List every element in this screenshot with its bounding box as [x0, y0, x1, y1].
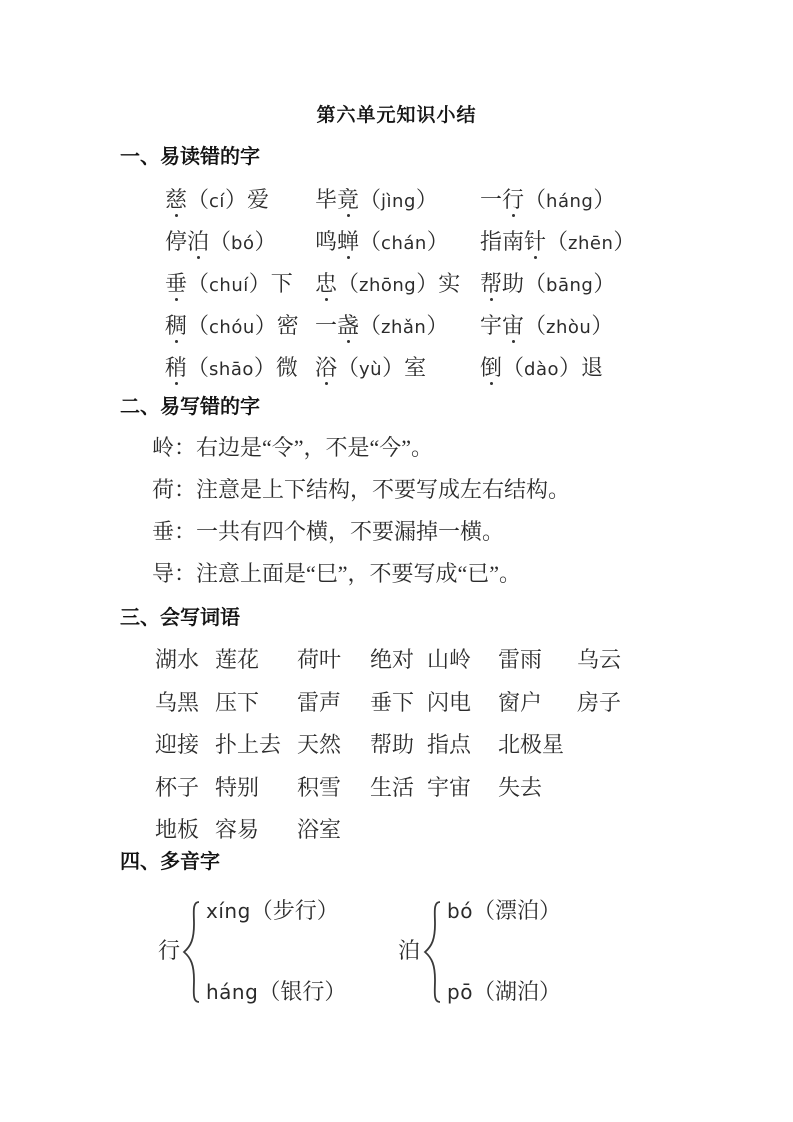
- word-cell: 垂下: [370, 682, 427, 725]
- left-paren: （: [502, 355, 524, 380]
- entry-pinyin: dào: [524, 359, 559, 380]
- word-cell: 山岭: [427, 639, 498, 682]
- word-cell: 乌黑: [155, 682, 215, 725]
- word-cell: [370, 809, 427, 852]
- word-cell: 湖水: [155, 639, 215, 682]
- right-paren: ）: [317, 898, 339, 923]
- pinyin-entry: 忠（zhōng）实: [315, 263, 480, 305]
- word-cell: 迎接: [155, 724, 215, 767]
- word-cell: 乌云: [577, 639, 637, 682]
- pinyin-entry: 慈（cí）爱: [165, 179, 315, 221]
- word-cell: 压下: [215, 682, 297, 725]
- left-paren: （: [337, 271, 359, 296]
- pinyin-entry: 稍（shāo）微: [165, 347, 315, 389]
- right-paren: ）: [382, 355, 404, 380]
- entry-pinyin: jìng: [381, 191, 416, 212]
- polyphone-char-xing: 行: [158, 930, 180, 972]
- right-paren: ）: [255, 313, 277, 338]
- entry-emphasis-char: 竟: [337, 179, 359, 221]
- entry-emphasis-char: 泊: [187, 221, 209, 263]
- entry-tail: 室: [404, 355, 426, 380]
- polyphone-option: pō（湖泊）: [447, 971, 561, 1013]
- word-cell: 杯子: [155, 767, 215, 810]
- left-paren: （: [359, 229, 381, 254]
- note-line: 导：注意上面是“巳”，不要写成“已”。: [152, 553, 570, 595]
- word-cell: 指点: [427, 724, 498, 767]
- word-cell: 宇宙: [427, 767, 498, 810]
- word-cell: 容易: [215, 809, 297, 852]
- right-paren: ）: [593, 271, 615, 296]
- polyphone-char-po: 泊: [398, 930, 420, 972]
- entry-emphasis-char: 蝉: [337, 221, 359, 263]
- word-cell: 荷叶: [297, 639, 370, 682]
- entry-pinyin: shāo: [209, 359, 254, 380]
- word-cell: 帮助: [370, 724, 427, 767]
- polyphone-option: xíng（步行）: [206, 890, 339, 932]
- left-paren: （: [251, 898, 273, 923]
- word-cell: 生活: [370, 767, 427, 810]
- entry-tail: 下: [271, 271, 293, 296]
- word-cell: 天然: [297, 724, 370, 767]
- pinyin-entry: 帮助（bāng）: [480, 263, 710, 305]
- pinyin-entry: 停泊（bó）: [165, 221, 315, 263]
- left-paren: （: [209, 229, 231, 254]
- word-list-grid: 湖水莲花荷叶绝对山岭雷雨乌云 乌黑压下雷声垂下闪电窗户房子 迎接扑上去天然帮助指…: [155, 639, 637, 852]
- right-paren: ）: [324, 979, 346, 1004]
- word-cell: 雷雨: [498, 639, 577, 682]
- option-pinyin: bó: [447, 899, 473, 923]
- word-cell: 地板: [155, 809, 215, 852]
- entry-before: 指南: [480, 229, 524, 254]
- word-cell: 失去: [498, 767, 577, 810]
- word-cell: 绝对: [370, 639, 427, 682]
- entry-tail: 密: [277, 313, 299, 338]
- word-cell: [577, 767, 637, 810]
- pinyin-entry: 鸣蝉（chán）: [315, 221, 480, 263]
- option-pinyin: háng: [206, 980, 258, 1004]
- pinyin-entry: 浴（yù）室: [315, 347, 480, 389]
- right-paren: ）: [225, 187, 247, 212]
- word-cell: [498, 809, 577, 852]
- entry-emphasis-char: 针: [524, 221, 546, 263]
- entry-before: 一: [315, 313, 337, 338]
- option-word: 漂泊: [495, 898, 539, 923]
- word-cell: [427, 809, 498, 852]
- entry-emphasis-char: 稍: [165, 347, 187, 389]
- entry-emphasis-char: 行: [502, 179, 524, 221]
- pinyin-entry: 稠（chóu）密: [165, 305, 315, 347]
- pinyin-entry: 宇宙（zhòu）: [480, 305, 710, 347]
- word-cell: 积雪: [297, 767, 370, 810]
- misread-characters-grid: 慈（cí）爱 毕竟（jìng） 一行（háng） 停泊（bó） 鸣蝉（chán）…: [165, 179, 710, 389]
- pinyin-entry: 毕竟（jìng）: [315, 179, 480, 221]
- right-paren: ）: [416, 271, 438, 296]
- left-paren: （: [546, 229, 568, 254]
- pinyin-entry: 指南针（zhēn）: [480, 221, 710, 263]
- word-cell: [577, 724, 637, 767]
- left-paren: （: [359, 313, 381, 338]
- polyphone-option: háng（银行）: [206, 971, 346, 1013]
- left-paren: （: [258, 979, 280, 1004]
- word-cell: 雷声: [297, 682, 370, 725]
- left-paren: （: [359, 187, 381, 212]
- word-cell: 浴室: [297, 809, 370, 852]
- entry-pinyin: chuí: [209, 275, 249, 296]
- right-paren: ）: [255, 229, 277, 254]
- right-paren: ）: [613, 229, 635, 254]
- note-line: 荷：注意是上下结构，不要写成左右结构。: [152, 469, 570, 511]
- entry-pinyin: bāng: [546, 275, 593, 296]
- entry-tail: 退: [581, 355, 603, 380]
- brace-icon: [180, 897, 202, 1007]
- pinyin-entry: 倒（dào）退: [480, 347, 710, 389]
- section-heading-3: 三、会写词语: [120, 605, 240, 631]
- right-paren: ）: [591, 313, 613, 338]
- word-cell: 北极星: [498, 724, 577, 767]
- right-paren: ）: [539, 898, 561, 923]
- left-paren: （: [473, 979, 495, 1004]
- right-paren: ）: [593, 187, 615, 212]
- brace-icon: [421, 897, 443, 1007]
- entry-pinyin: zhǎn: [381, 317, 426, 338]
- word-cell: 闪电: [427, 682, 498, 725]
- entry-emphasis-char: 稠: [165, 305, 187, 347]
- entry-emphasis-char: 倒: [480, 347, 502, 389]
- word-cell: 房子: [577, 682, 637, 725]
- word-cell: 莲花: [215, 639, 297, 682]
- left-paren: （: [524, 313, 546, 338]
- left-paren: （: [524, 271, 546, 296]
- right-paren: ）: [426, 313, 448, 338]
- left-paren: （: [187, 355, 209, 380]
- word-cell: [577, 809, 637, 852]
- right-paren: ）: [539, 979, 561, 1004]
- option-pinyin: pō: [447, 980, 473, 1004]
- pinyin-entry: 一盏（zhǎn）: [315, 305, 480, 347]
- entry-before: 毕: [315, 187, 337, 212]
- entry-emphasis-char: 慈: [165, 179, 187, 221]
- polyphone-option: bó（漂泊）: [447, 890, 561, 932]
- entry-mid: 助: [502, 271, 524, 296]
- entry-pinyin: yù: [359, 359, 382, 380]
- section-heading-4: 四、多音字: [120, 849, 220, 875]
- pinyin-entry: 垂（chuí）下: [165, 263, 315, 305]
- right-paren: ）: [249, 271, 271, 296]
- right-paren: ）: [427, 229, 449, 254]
- entry-emphasis-char: 宙: [502, 305, 524, 347]
- entry-before: 停: [165, 229, 187, 254]
- entry-emphasis-char: 盏: [337, 305, 359, 347]
- entry-before: 鸣: [315, 229, 337, 254]
- left-paren: （: [187, 187, 209, 212]
- entry-tail: 爱: [247, 187, 269, 212]
- note-line: 岭：右边是“令”，不是“今”。: [152, 427, 570, 469]
- entry-tail: 实: [438, 271, 460, 296]
- right-paren: ）: [559, 355, 581, 380]
- left-paren: （: [524, 187, 546, 212]
- section-heading-2: 二、易写错的字: [120, 394, 260, 420]
- entry-pinyin: zhòu: [546, 317, 591, 338]
- left-paren: （: [473, 898, 495, 923]
- left-paren: （: [337, 355, 359, 380]
- option-word: 步行: [273, 898, 317, 923]
- word-cell: 特别: [215, 767, 297, 810]
- entry-pinyin: chán: [381, 233, 427, 254]
- note-line: 垂：一共有四个横，不要漏掉一横。: [152, 511, 570, 553]
- miswritten-characters-list: 岭：右边是“令”，不是“今”。 荷：注意是上下结构，不要写成左右结构。 垂：一共…: [152, 427, 570, 595]
- entry-before: 一: [480, 187, 502, 212]
- word-cell: 窗户: [498, 682, 577, 725]
- entry-pinyin: cí: [209, 191, 225, 212]
- pinyin-entry: 一行（háng）: [480, 179, 710, 221]
- left-paren: （: [187, 313, 209, 338]
- section-heading-1: 一、易读错的字: [120, 144, 260, 170]
- entry-tail: 微: [276, 355, 298, 380]
- entry-pinyin: bó: [231, 233, 254, 254]
- entry-emphasis-char: 垂: [165, 263, 187, 305]
- entry-pinyin: zhēn: [568, 233, 613, 254]
- doc-title: 第六单元知识小结: [0, 104, 793, 128]
- option-word: 银行: [280, 979, 324, 1004]
- entry-emphasis-char: 帮: [480, 263, 502, 305]
- option-pinyin: xíng: [206, 899, 251, 923]
- entry-emphasis-char: 忠: [315, 263, 337, 305]
- right-paren: ）: [416, 187, 438, 212]
- word-cell: 扑上去: [215, 724, 297, 767]
- entry-pinyin: chóu: [209, 317, 255, 338]
- entry-pinyin: háng: [546, 191, 593, 212]
- document-page: 第六单元知识小结 一、易读错的字 慈（cí）爱 毕竟（jìng） 一行（háng…: [0, 0, 793, 1122]
- entry-emphasis-char: 浴: [315, 347, 337, 389]
- entry-pinyin: zhōng: [359, 275, 416, 296]
- option-word: 湖泊: [495, 979, 539, 1004]
- right-paren: ）: [254, 355, 276, 380]
- left-paren: （: [187, 271, 209, 296]
- entry-before: 宇: [480, 313, 502, 338]
